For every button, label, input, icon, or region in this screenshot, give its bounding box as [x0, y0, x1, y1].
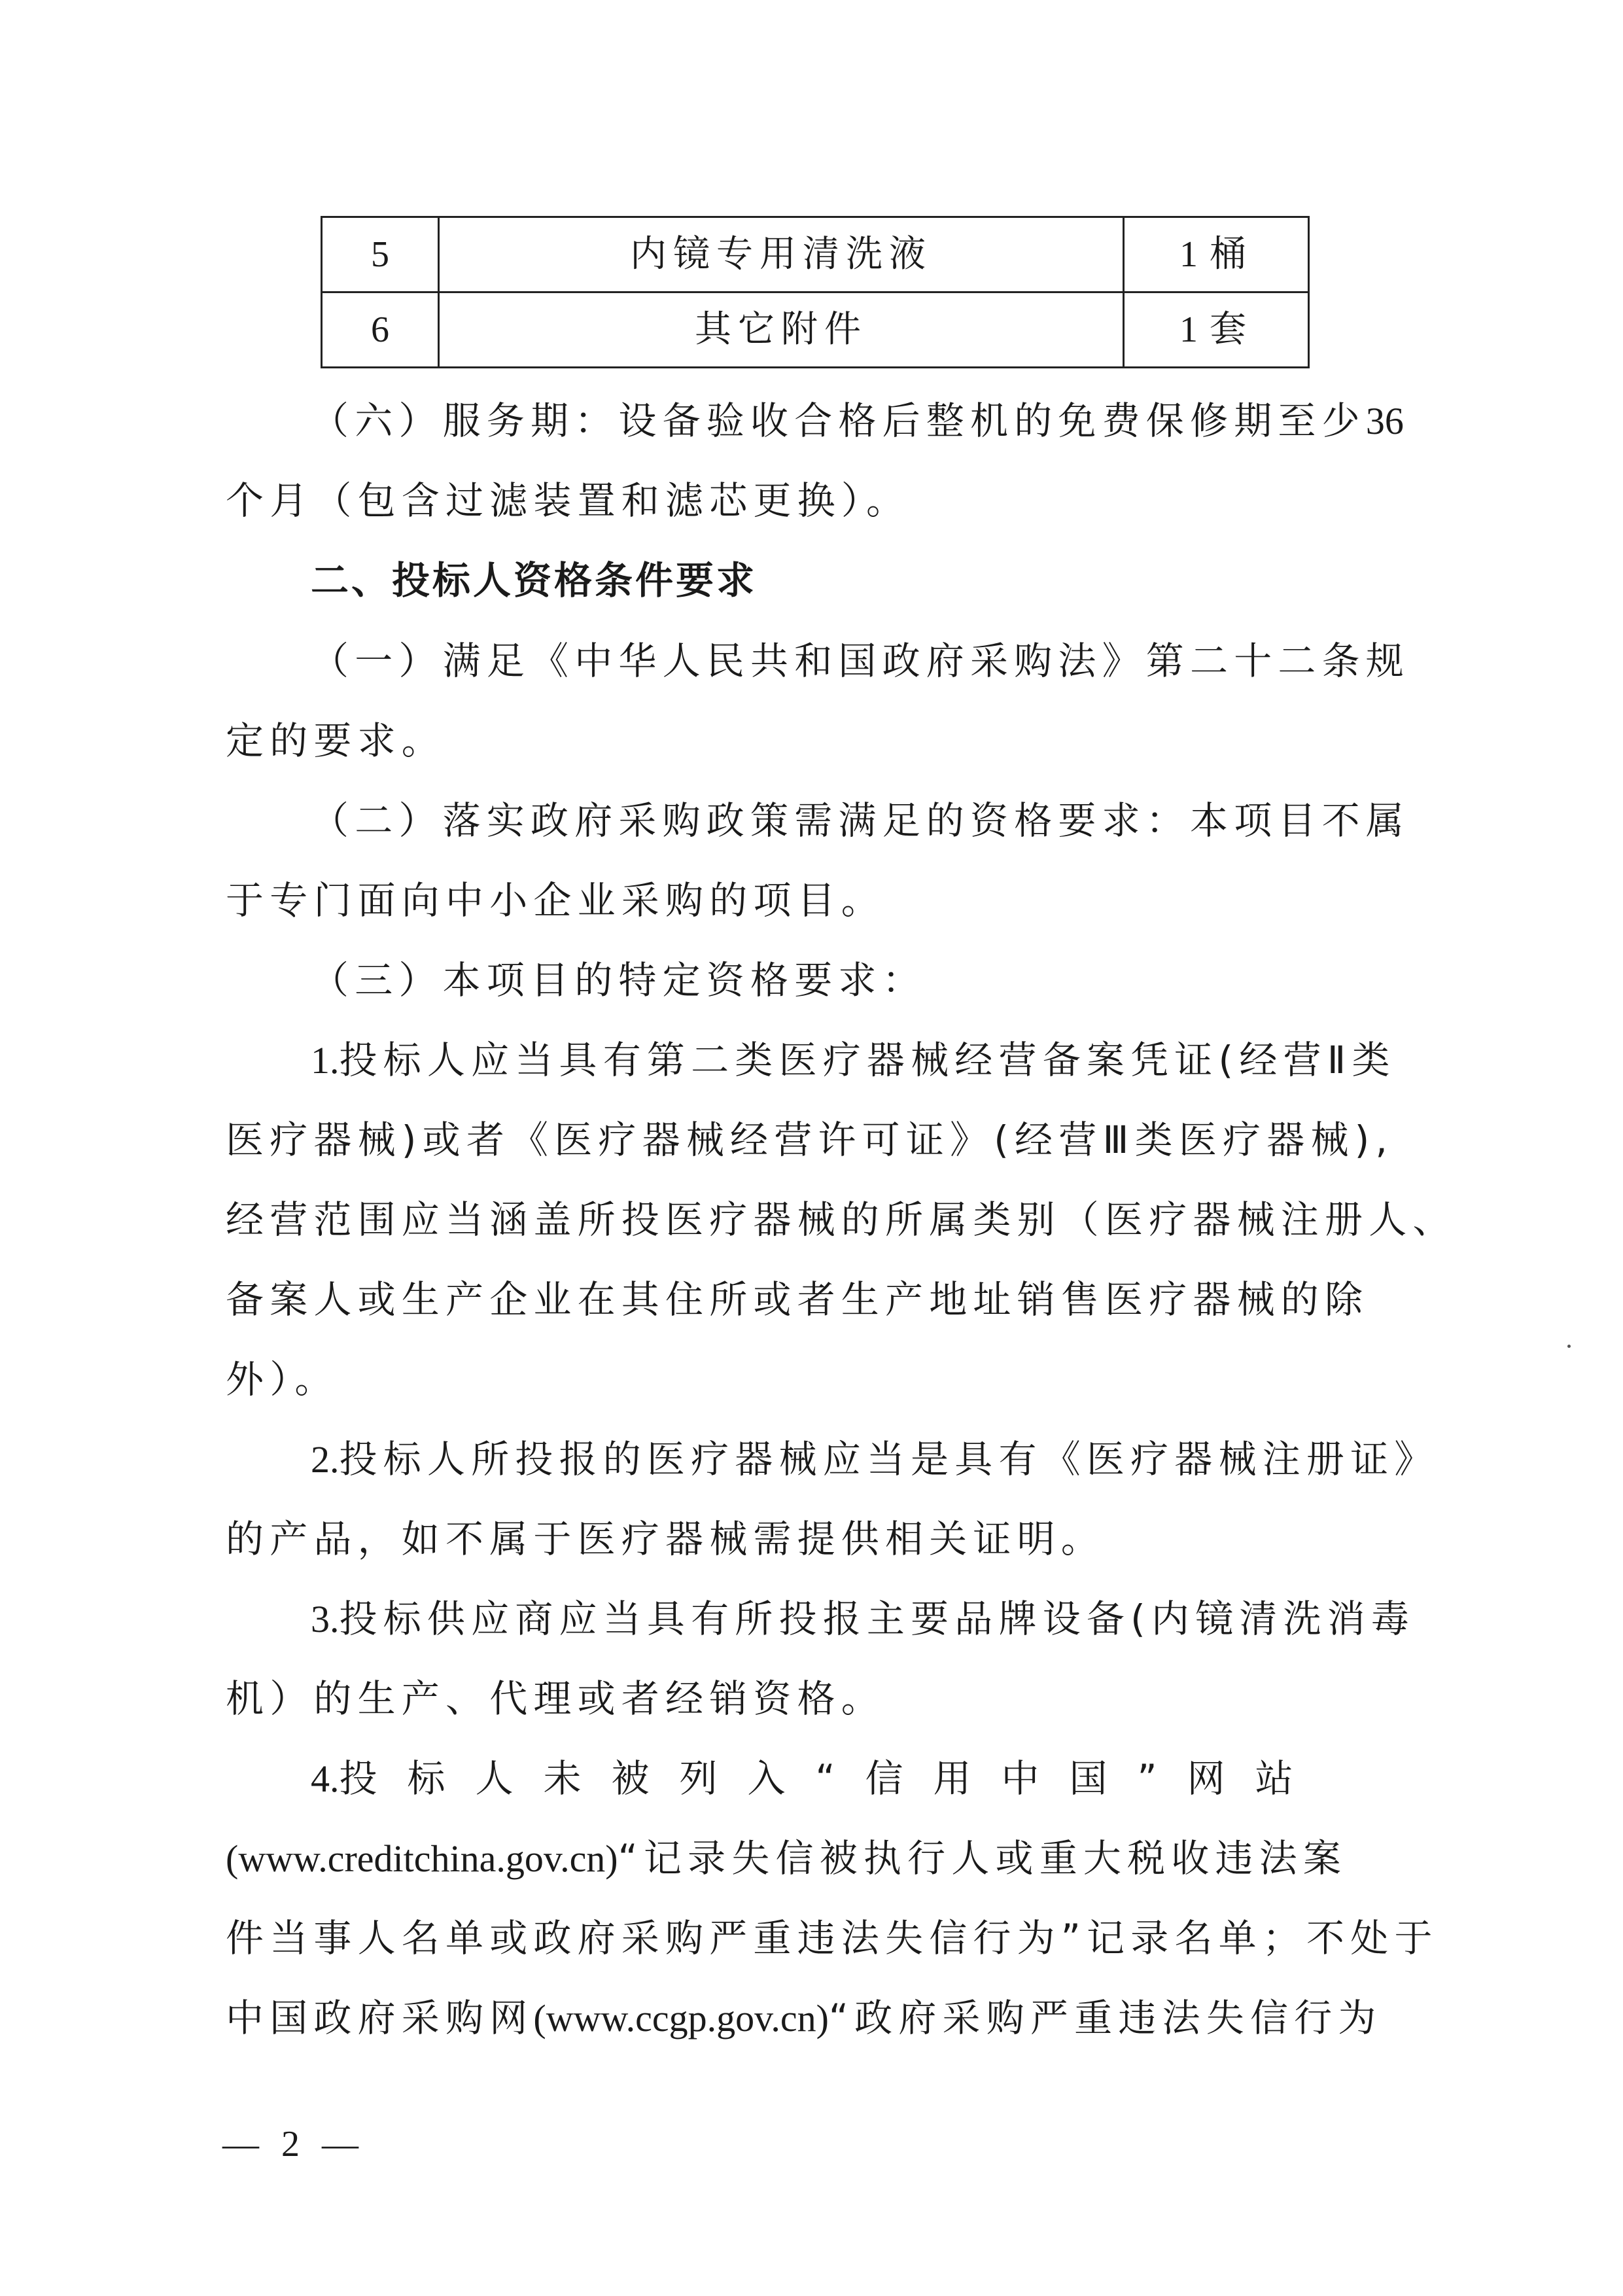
item-1-line-4: 备案人或生产企业在其住所或者生产地址销售医疗器械的除	[226, 1277, 1410, 1322]
item-1-line-3: 经营范围应当涵盖所投医疗器械的所属类别（医疗器械注册人、	[226, 1197, 1410, 1243]
item-name: 其它附件	[439, 292, 1124, 368]
text-span: “记录失信被执行人或重大税收违法案	[618, 1836, 1347, 1881]
item-quantity: 1套	[1124, 292, 1309, 368]
requirement-3-heading: （三）本项目的特定资格要求：	[226, 957, 1410, 1003]
number-span: 4.	[311, 1757, 340, 1800]
number-span: 3.	[311, 1598, 340, 1640]
page-number: — 2 —	[222, 2123, 365, 2165]
requirement-2-line-2: 于专门面向中小企业采购的项目。	[226, 877, 1410, 923]
text-span: 投标人未被列入“信用中国”网站	[340, 1756, 1323, 1801]
quantity-number: 1	[1179, 234, 1198, 275]
text-span: （六）服务期：设备验收合格后整机的免费保修期至少	[311, 398, 1366, 443]
requirement-2-line-1: （二）落实政府采购政策需满足的资格要求：本项目不属	[226, 798, 1410, 843]
item-4-line-4: 中国政府采购网(www.ccgp.gov.cn)“政府采购严重违法失信行为	[226, 1995, 1410, 2041]
item-number: 5	[322, 217, 439, 292]
url-ccgp: (www.ccgp.gov.cn)	[533, 1997, 828, 2040]
text-span: 投标人所投报的医疗器械应当是具有《医疗器械注册证》	[340, 1437, 1439, 1481]
item-3-line-1: 3.投标供应商应当具有所投报主要品牌设备(内镜清洗消毒	[226, 1596, 1410, 1642]
number-span: 36	[1366, 400, 1404, 442]
number-span: 2.	[311, 1438, 340, 1481]
requirement-1-line-2: 定的要求。	[226, 718, 1410, 764]
item-2-line-2: 的产品，如不属于医疗器械需提供相关证明。	[226, 1516, 1410, 1562]
item-3-line-2: 机）的生产、代理或者经销资格。	[226, 1676, 1410, 1722]
requirement-1-line-1: （一）满足《中华人民共和国政府采购法》第二十二条规	[226, 638, 1410, 684]
section-heading: 二、投标人资格条件要求	[226, 557, 1410, 603]
table-row: 5 内镜专用清洗液 1桶	[322, 217, 1309, 292]
quantity-number: 1	[1179, 309, 1198, 350]
item-1-line-5: 外）。	[226, 1356, 1410, 1402]
table-row: 6 其它附件 1套	[322, 292, 1309, 368]
item-quantity: 1桶	[1124, 217, 1309, 292]
scan-artifact-dot	[1567, 1345, 1571, 1348]
item-number: 6	[322, 292, 439, 368]
text-span: 投标供应商应当具有所投报主要品牌设备(内镜清洗消毒	[340, 1597, 1416, 1641]
item-name: 内镜专用清洗液	[439, 217, 1124, 292]
item-2-line-1: 2.投标人所投报的医疗器械应当是具有《医疗器械注册证》	[226, 1436, 1410, 1483]
text-span: “政府采购严重违法失信行为	[829, 1996, 1382, 2040]
service-period-line-1: （六）服务期：设备验收合格后整机的免费保修期至少36	[226, 398, 1410, 444]
url-creditchina: (www.creditchina.gov.cn)	[226, 1837, 618, 1880]
item-4-line-3: 件当事人名单或政府采购严重违法失信行为”记录名单；不处于	[226, 1915, 1410, 1961]
document-page: 5 内镜专用清洗液 1桶 6 其它附件 1套 （六）服务期：设备验收合格后整机的…	[0, 0, 1623, 2296]
item-1-line-1: 1.投标人应当具有第二类医疗器械经营备案凭证(经营Ⅱ类	[226, 1037, 1410, 1084]
quantity-unit: 桶	[1210, 233, 1253, 275]
item-1-line-2: 医疗器械)或者《医疗器械经营许可证》(经营Ⅲ类医疗器械),	[226, 1117, 1410, 1163]
quantity-unit: 套	[1210, 308, 1253, 351]
item-4-line-2: (www.creditchina.gov.cn)“记录失信被执行人或重大税收违法…	[226, 1835, 1410, 1882]
items-table: 5 内镜专用清洗液 1桶 6 其它附件 1套	[321, 216, 1310, 368]
text-span: 投标人应当具有第二类医疗器械经营备案凭证(经营Ⅱ类	[340, 1038, 1396, 1082]
service-period-line-2: 个月（包含过滤装置和滤芯更换）。	[226, 478, 1410, 523]
text-span: 中国政府采购网	[226, 1996, 533, 2040]
number-span: 1.	[311, 1039, 340, 1082]
item-4-line-1: 4.投标人未被列入“信用中国”网站	[226, 1756, 1410, 1802]
